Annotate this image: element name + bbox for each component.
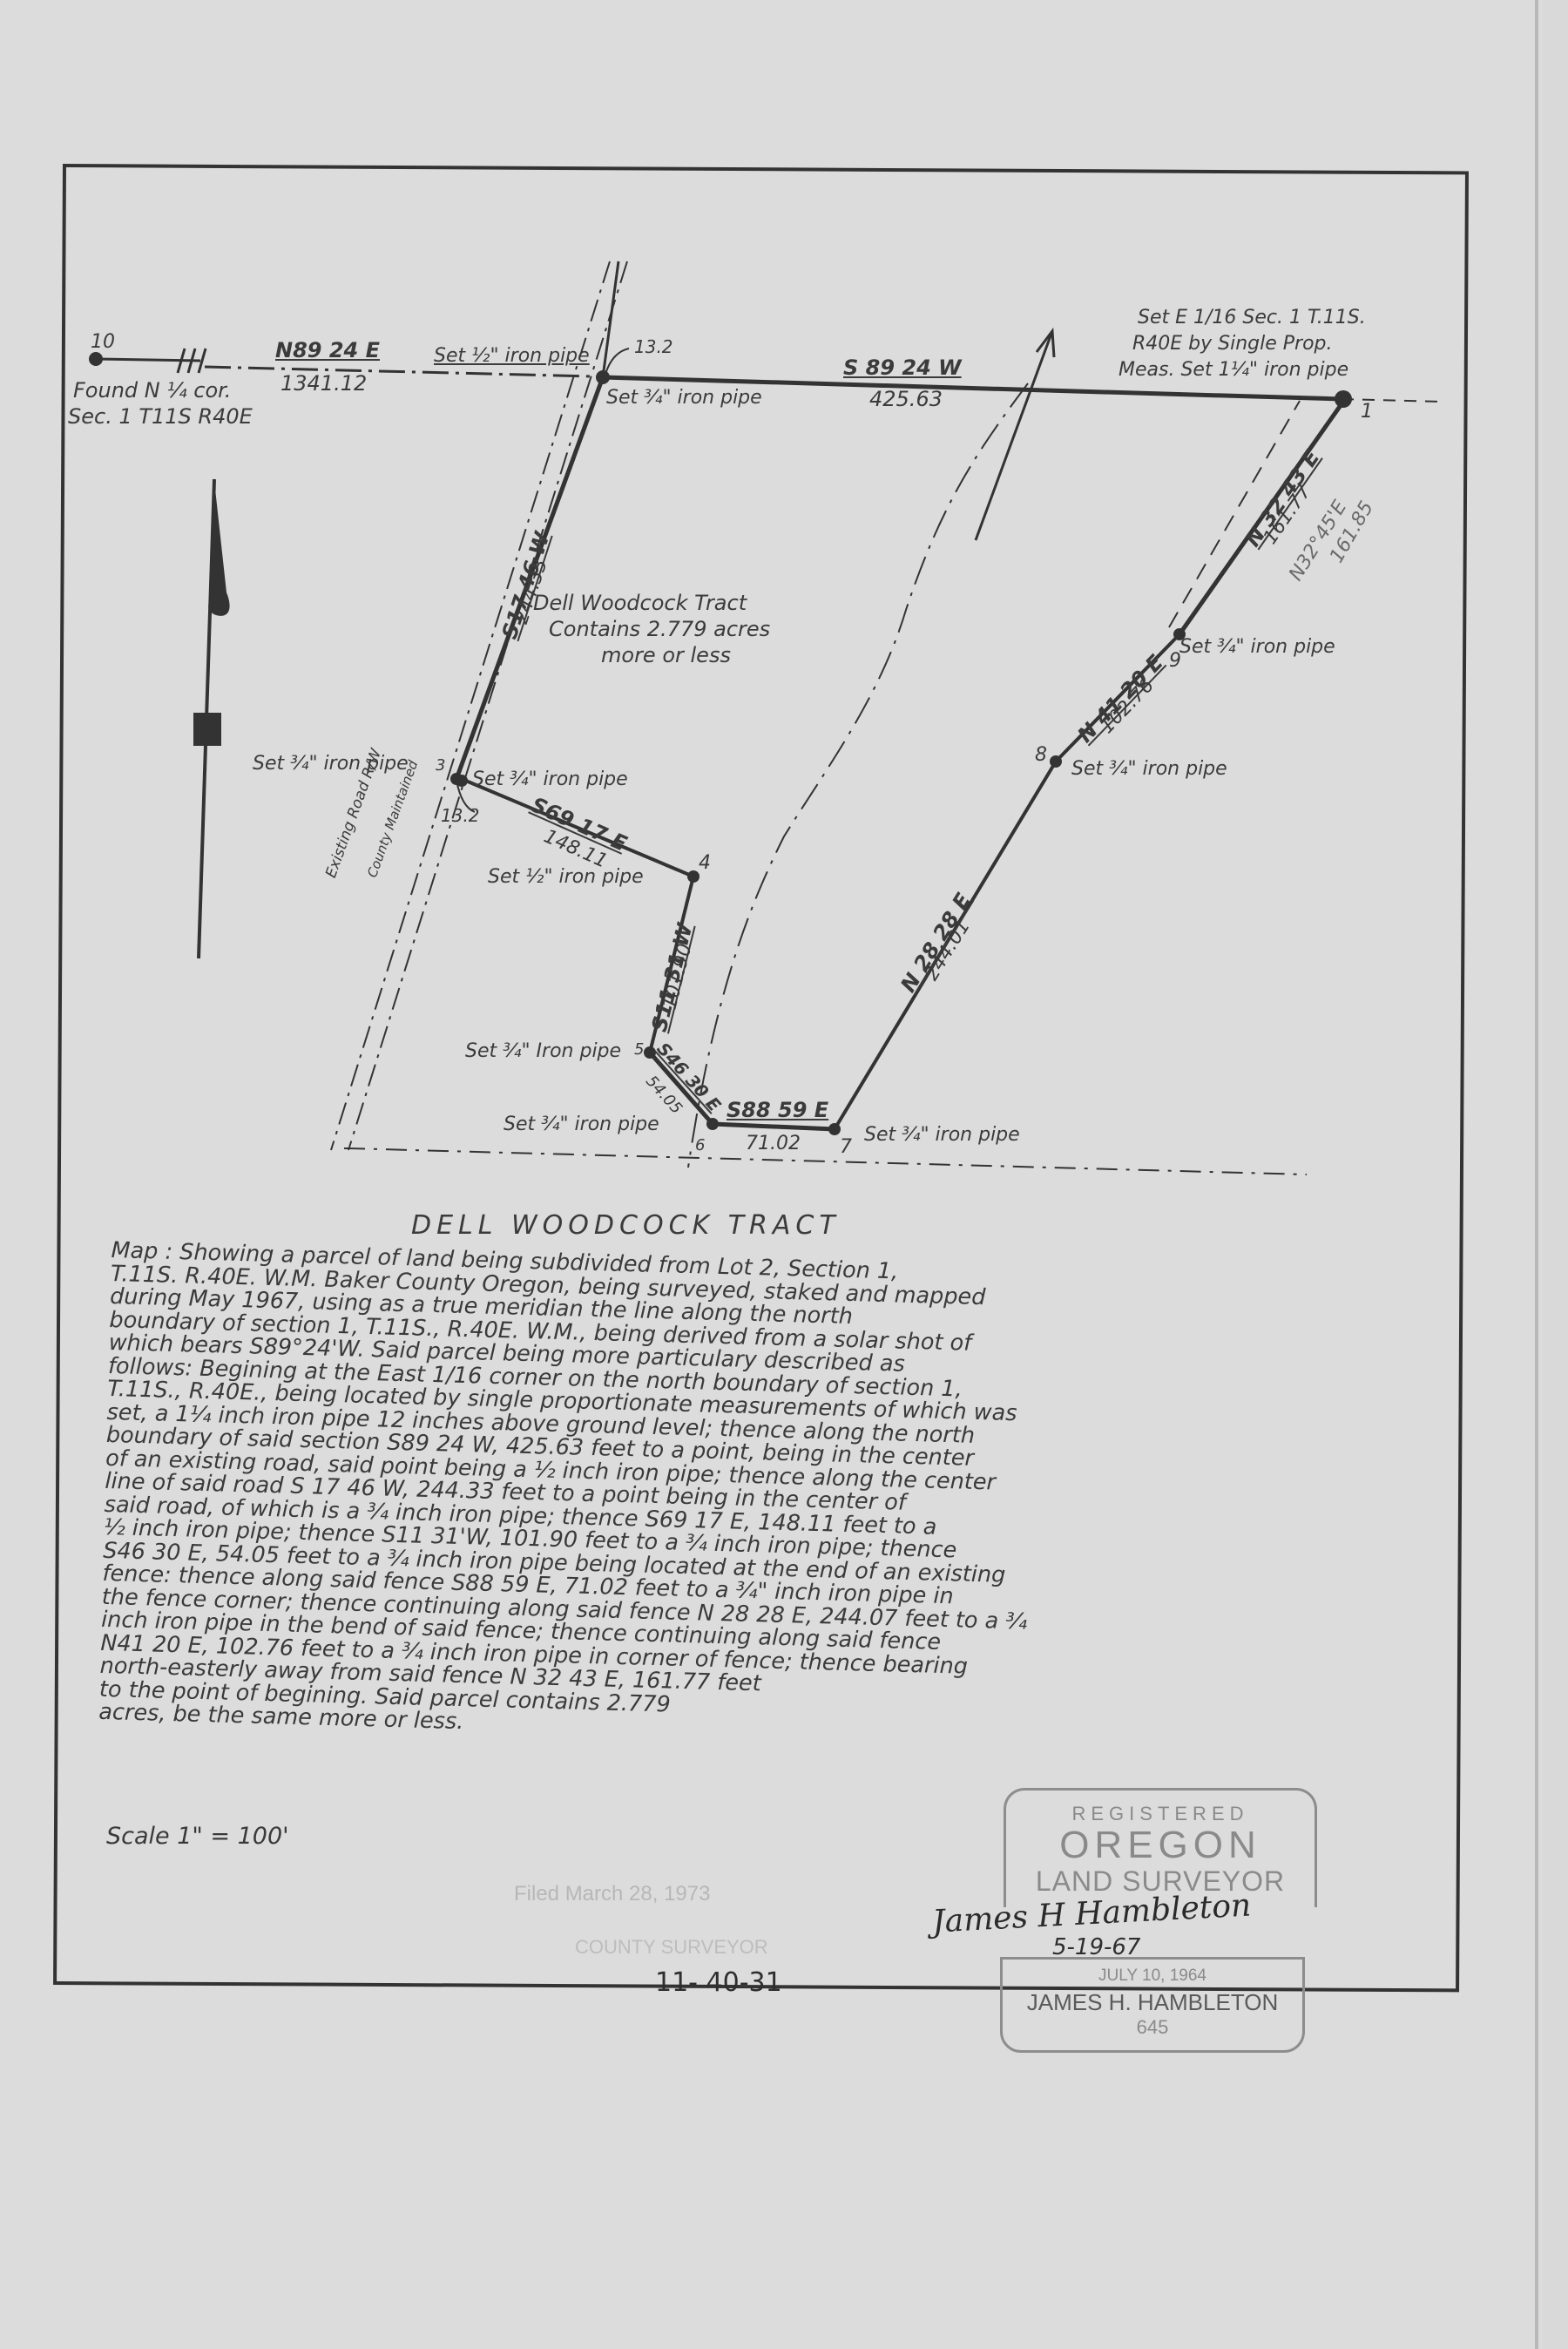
corner-number: 4 (699, 854, 711, 873)
corner-2-label: Set ¾" iron pipe (606, 389, 762, 408)
surveyor-seal-top: REGISTERED OREGON LAND SURVEYOR (1004, 1788, 1317, 1907)
road-edge-west (331, 261, 610, 1150)
offset-label: 13.2 (441, 807, 480, 824)
north-arrow-block (193, 713, 221, 746)
seal-number: 645 (1003, 2016, 1302, 2039)
filed-office: COUNTY SURVEYOR (575, 1936, 768, 1959)
course-bearing: S88 59 E (727, 1100, 828, 1120)
scale-note: Scale 1" = 100' (106, 1823, 289, 1850)
corner-5-label: Set ¾" Iron pipe (465, 1042, 621, 1061)
corner-number: 9 (1169, 652, 1181, 671)
seal-registered: REGISTERED (1006, 1803, 1315, 1825)
corner-1-label: Set E 1/16 Sec. 1 T.11S. (1138, 308, 1366, 328)
filed-stamp: Filed March 28, 1973 (514, 1882, 710, 1906)
legal-description: Map : Showing a parcel of land being sub… (98, 1239, 1348, 1757)
corner-7-label: Set ¾" iron pipe (864, 1126, 1020, 1145)
course-bearing: S 89 24 W (843, 357, 962, 378)
survey-plat-drawing (0, 0, 1568, 2349)
corner-2-label-north: Set ½" iron pipe (434, 347, 590, 366)
seal-state: OREGON (1006, 1825, 1315, 1865)
corner-6-label: Set ¾" iron pipe (504, 1115, 659, 1134)
corner-3-label-right: Set ¾" iron pipe (472, 770, 628, 789)
corner-number: 3 (436, 758, 445, 774)
corner-3-label-left: Set ¾" iron pipe (253, 755, 409, 774)
true-meridian-arrow (976, 331, 1052, 540)
course-bearing: N89 24 E (275, 340, 380, 361)
offset-label: 13.2 (634, 338, 673, 355)
corner-number: 8 (1035, 746, 1047, 765)
corner-9-label: Set ¾" iron pipe (1179, 638, 1335, 657)
corner-8-label: Set ¾" iron pipe (1071, 760, 1227, 779)
corner-number: 5 (634, 1042, 644, 1058)
section-line-west (96, 359, 200, 361)
map-title: DELL WOODCOCK TRACT (411, 1213, 841, 1239)
corner-number: 10 (91, 333, 115, 352)
corner-4-label: Set ½" iron pipe (488, 868, 644, 887)
course-distance: 425.63 (869, 389, 943, 410)
survey-sheet: 10 Found N ¼ cor. Sec. 1 T11S R40E N89 2… (0, 0, 1542, 2349)
corner-number: 1 (1361, 403, 1373, 422)
road-edge-east (348, 261, 627, 1150)
corner-number: 7 (840, 1138, 852, 1157)
course-distance: 1341.12 (280, 373, 367, 394)
surveyor-seal-bottom: JULY 10, 1964 JAMES H. HAMBLETON 645 (1000, 1957, 1305, 2053)
tract-name: Dell Woodcock Tract (533, 592, 747, 613)
boundary-6-7 (713, 1124, 835, 1129)
north-arrow-flag (208, 481, 229, 616)
drainage-line (688, 383, 1028, 1168)
fence-line-south (344, 1148, 1307, 1174)
document-number: 11- 40-31 (655, 1967, 782, 1998)
corner-1-label-2: R40E by Single Prop. (1132, 335, 1333, 354)
seal-name: JAMES H. HAMBLETON (1003, 1989, 1302, 2016)
tract-area: Contains 2.779 acres (549, 619, 770, 640)
corner-number: 6 (695, 1138, 705, 1154)
found-corner-label-2: Sec. 1 T11S R40E (68, 406, 253, 427)
seal-date: JULY 10, 1964 (1003, 1967, 1302, 1986)
found-corner-label: Found N ¼ cor. (73, 380, 231, 401)
corner-1-label-3: Meas. Set 1¼" iron pipe (1119, 361, 1348, 380)
tract-qualifier: more or less (601, 645, 731, 666)
fence-line-north-west (205, 367, 592, 376)
course-distance: 71.02 (746, 1134, 801, 1154)
